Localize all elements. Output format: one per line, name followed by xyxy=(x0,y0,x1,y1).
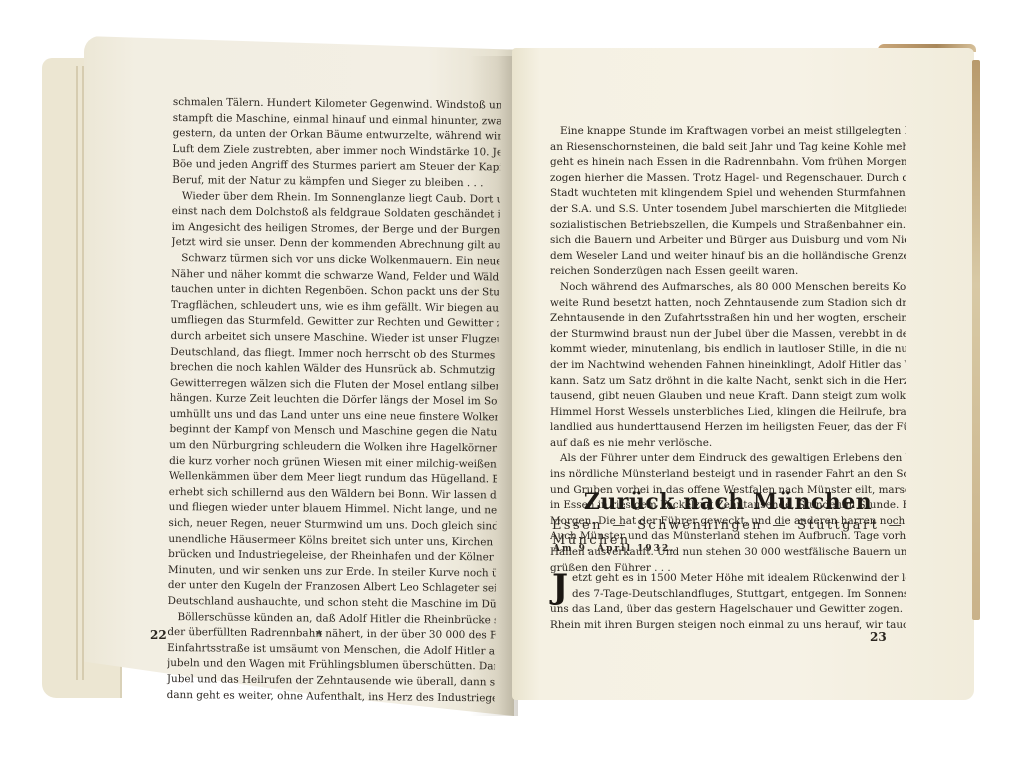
open-book: schmalen Tälern. Hundert Kilometer Gegen… xyxy=(0,0,1024,768)
text-line: sozialistischen Betriebszellen, die Kump… xyxy=(550,218,906,234)
text-line: weite Rund besetzt hatten, noch Zehntaus… xyxy=(550,296,906,312)
page-number-right: 23 xyxy=(870,630,887,644)
chapter-body: etzt geht es in 1500 Meter Höhe mit idea… xyxy=(550,571,906,633)
text-line: Eine knappe Stunde im Kraftwagen vorbei … xyxy=(550,124,906,140)
text-line: an Riesenschornsteinen, die bald seit Ja… xyxy=(550,140,906,156)
text-line: des 7-Tage-Deutschlandfluges, Stuttgart,… xyxy=(550,587,906,603)
text-line: sich die Bauern und Arbeiter und Bürger … xyxy=(550,233,906,249)
text-line: etzt geht es in 1500 Meter Höhe mit idea… xyxy=(550,571,906,587)
chapter-date: Am 9. April 1932. xyxy=(553,544,675,554)
text-line: Zehntausende in den Zufahrtsstraßen hin … xyxy=(550,311,906,327)
text-line: Noch während des Aufmarsches, als 80 000… xyxy=(550,280,906,296)
text-line: der im Nachtwind wehenden Fahnen hineink… xyxy=(550,358,906,374)
text-line: Als der Führer unter dem Eindruck des ge… xyxy=(550,451,906,467)
text-line: geht es hinein nach Essen in die Radrenn… xyxy=(550,155,906,171)
text-line: landlied aus hunderttausend Herzen im he… xyxy=(550,420,906,436)
aged-right-edge xyxy=(972,60,980,620)
text-line: der Sturmwind braust nun der Jubel über … xyxy=(550,327,906,343)
text-line: uns das Land, über das gestern Hagelscha… xyxy=(550,602,906,618)
text-line: dem Weseler Land und weiter hinauf bis a… xyxy=(550,249,906,265)
text-line: zogen hierher die Massen. Trotz Hagel- u… xyxy=(550,171,906,187)
text-line: kommt wieder, minutenlang, bis endlich i… xyxy=(550,342,906,358)
text-line: tausend, gibt neuen Glauben und neue Kra… xyxy=(550,389,906,405)
ornament-asterisk: * xyxy=(316,628,322,642)
chapter-title: Zurück nach München xyxy=(550,489,906,515)
text-line: dann geht es weiter, ohne Aufenthalt, in… xyxy=(167,688,495,707)
left-page-body: schmalen Tälern. Hundert Kilometer Gegen… xyxy=(167,95,501,707)
text-line: Rhein mit ihren Burgen steigen noch einm… xyxy=(550,618,906,634)
text-line: Stadt wuchteten mit klingendem Spiel und… xyxy=(550,186,906,202)
text-line: Himmel Horst Wessels unsterbliches Lied,… xyxy=(550,405,906,421)
page-number-left: 22 xyxy=(150,628,167,642)
text-line: auf daß es nie mehr verlösche. xyxy=(550,436,906,452)
text-line: ins nördliche Münsterland besteigt und i… xyxy=(550,467,906,483)
text-line: kann. Satz um Satz dröhnt in die kalte N… xyxy=(550,374,906,390)
text-line: der S.A. und S.S. Unter tosendem Jubel m… xyxy=(550,202,906,218)
text-line: reichen Sonderzügen nach Essen geeilt wa… xyxy=(550,264,906,280)
